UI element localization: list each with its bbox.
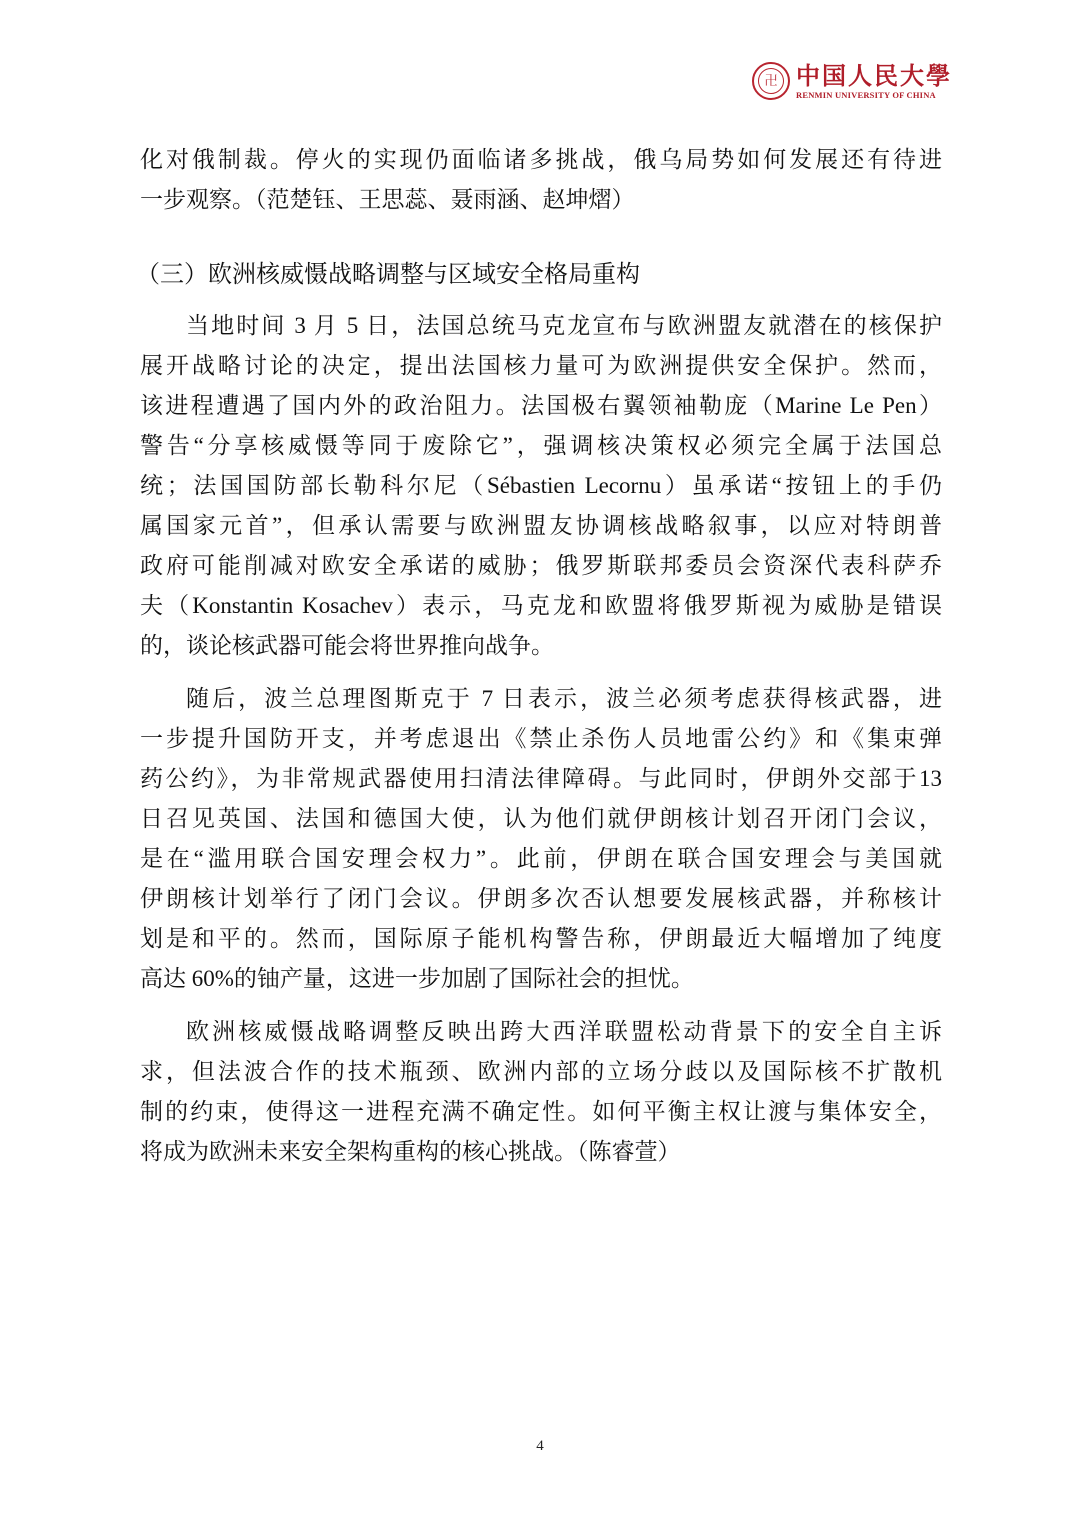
text-line: 求，但法波合作的技术瓶颈、欧洲内部的立场分歧以及国际核不扩散机 bbox=[140, 1052, 942, 1092]
logo-name-cn: 中国人民大學 bbox=[796, 62, 952, 90]
text-line: 属国家元首”，但承认需要与欧洲盟友协调核战略叙事，以应对特朗普 bbox=[140, 506, 942, 546]
text-line: 统；法国国防部长勒科尔尼（Sébastien Lecornu）虽承诺“按钮上的手… bbox=[140, 466, 942, 506]
text-line: 划是和平的。然而，国际原子能机构警告称，伊朗最近大幅增加了纯度 bbox=[140, 919, 942, 959]
text-line: 一步提升国防开支，并考虑退出《禁止杀伤人员地雷公约》和《集束弹 bbox=[140, 719, 942, 759]
paragraph-3: 欧洲核威慑战略调整反映出跨大西洋联盟松动背景下的安全自主诉 求，但法波合作的技术… bbox=[140, 1012, 942, 1172]
document-body: 化对俄制裁。停火的实现仍面临诸多挑战，俄乌局势如何发展还有待进 一步观察。（范楚… bbox=[140, 140, 942, 1172]
text-line: 药公约》，为非常规武器使用扫清法律障碍。与此同时，伊朗外交部于13 bbox=[140, 759, 942, 799]
text-line: 欧洲核威慑战略调整反映出跨大西洋联盟松动背景下的安全自主诉 bbox=[140, 1012, 942, 1052]
seal-glyph: 卍 bbox=[764, 75, 777, 88]
text-line: 该进程遭遇了国内外的政治阻力。法国极右翼领袖勒庞（Marine Le Pen） bbox=[140, 386, 942, 426]
logo-text: 中国人民大學 RENMIN UNIVERSITY OF CHINA bbox=[796, 62, 952, 100]
text-line: 政府可能削减对欧安全承诺的威胁；俄罗斯联邦委员会资深代表科萨乔 bbox=[140, 546, 942, 586]
text-line: 随后，波兰总理图斯克于 7 日表示，波兰必须考虑获得核武器，进 bbox=[140, 679, 942, 719]
text-line: 当地时间 3 月 5 日，法国总统马克龙宣布与欧洲盟友就潜在的核保护 bbox=[140, 306, 942, 346]
paragraph-1: 当地时间 3 月 5 日，法国总统马克龙宣布与欧洲盟友就潜在的核保护 展开战略讨… bbox=[140, 306, 942, 666]
text-line: 高达 60%的铀产量，这进一步加剧了国际社会的担忧。 bbox=[140, 959, 942, 999]
paragraph-2: 随后，波兰总理图斯克于 7 日表示，波兰必须考虑获得核武器，进 一步提升国防开支… bbox=[140, 679, 942, 999]
text-line: 日召见英国、法国和德国大使，认为他们就伊朗核计划召开闭门会议， bbox=[140, 799, 942, 839]
text-line: 制的约束，使得这一进程充满不确定性。如何平衡主权让渡与集体安全， bbox=[140, 1092, 942, 1132]
logo-name-en: RENMIN UNIVERSITY OF CHINA bbox=[796, 90, 952, 100]
text-line: 将成为欧洲未来安全架构重构的核心挑战。（陈睿萱） bbox=[140, 1132, 942, 1172]
paragraph-gap bbox=[140, 999, 942, 1012]
university-seal-icon: 卍 bbox=[752, 62, 790, 100]
intro-paragraph: 化对俄制裁。停火的实现仍面临诸多挑战，俄乌局势如何发展还有待进 一步观察。（范楚… bbox=[140, 140, 942, 220]
text-line: 化对俄制裁。停火的实现仍面临诸多挑战，俄乌局势如何发展还有待进 bbox=[140, 140, 942, 180]
university-logo: 卍 中国人民大學 RENMIN UNIVERSITY OF CHINA bbox=[752, 58, 952, 104]
section-heading: （三）欧洲核威慑战略调整与区域安全格局重构 bbox=[136, 254, 942, 294]
page-number: 4 bbox=[0, 1438, 1080, 1455]
text-line: 的，谈论核武器可能会将世界推向战争。 bbox=[140, 626, 942, 666]
seal-inner-ring: 卍 bbox=[758, 68, 784, 94]
text-line: 是在“滥用联合国安理会权力”。此前，伊朗在联合国安理会与美国就 bbox=[140, 839, 942, 879]
text-line: 伊朗核计划举行了闭门会议。伊朗多次否认想要发展核武器，并称核计 bbox=[140, 879, 942, 919]
text-line: 夫（Konstantin Kosachev）表示，马克龙和欧盟将俄罗斯视为威胁是… bbox=[140, 586, 942, 626]
paragraph-gap bbox=[140, 666, 942, 679]
text-line: 一步观察。（范楚钰、王思蕊、聂雨涵、赵坤熠） bbox=[140, 180, 942, 220]
text-line: 展开战略讨论的决定，提出法国核力量可为欧洲提供安全保护。然而， bbox=[140, 346, 942, 386]
text-line: 警告“分享核威慑等同于废除它”，强调核决策权必须完全属于法国总 bbox=[140, 426, 942, 466]
